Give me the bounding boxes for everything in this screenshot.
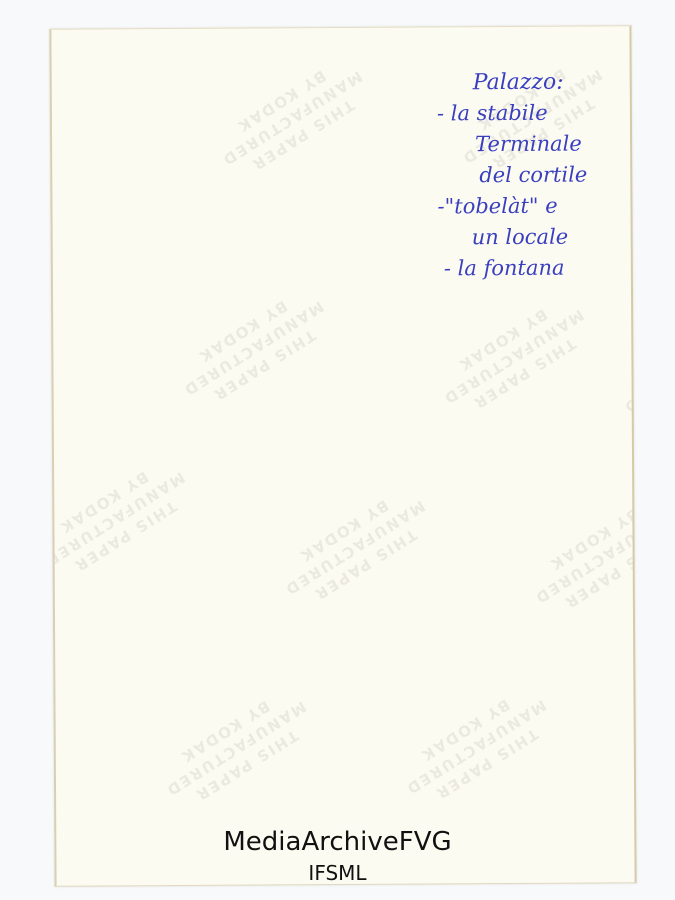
kodak-watermark: THIS PAPERMANUFACTUREDBY KODAK <box>135 670 336 828</box>
watermark-line: MANUFACTURED <box>424 295 604 419</box>
archive-subtitle: IFSML <box>0 860 675 886</box>
note-line: del cortile <box>437 159 627 191</box>
watermark-line: MANUFACTURED <box>202 56 382 180</box>
photo-back-card: THIS PAPERMANUFACTUREDBY KODAKTHIS PAPER… <box>49 25 636 887</box>
kodak-watermark-layer: THIS PAPERMANUFACTUREDBY KODAKTHIS PAPER… <box>51 26 629 30</box>
note-line: Palazzo: <box>437 66 627 98</box>
note-line: - la stabile <box>437 97 627 129</box>
kodak-watermark: THIS PAPERMANUFACTUREDBY KODAK <box>504 478 637 636</box>
watermark-line: MANUFACTURED <box>164 287 344 411</box>
handwritten-note: Palazzo: - la stabile Terminale del cort… <box>437 66 628 284</box>
note-line: -"tobelàt" e <box>437 190 627 222</box>
note-line: un locale <box>438 221 628 253</box>
kodak-watermark: THIS PAPERMANUFACTUREDBY KODAK <box>191 39 392 197</box>
watermark-line: MANUFACTURED <box>386 685 566 809</box>
kodak-watermark: THIS PAPERMANUFACTUREDBY KODAK <box>254 469 455 627</box>
kodak-watermark: THIS PAPERMANUFACTUREDBY KODAK <box>413 278 614 436</box>
archive-title: MediaArchiveFVG <box>0 826 675 858</box>
watermark-line: MANUFACTURED <box>265 486 445 610</box>
kodak-watermark: THIS PAPERMANUFACTUREDBY KODAK <box>153 270 354 428</box>
note-line: Terminale <box>437 128 627 160</box>
note-line: - la fontana <box>438 252 628 284</box>
kodak-watermark: THIS PAPERMANUFACTUREDBY KODAK <box>49 441 215 599</box>
watermark-line: MANUFACTURED <box>146 687 326 811</box>
kodak-watermark: THIS PAPERMANUFACTUREDBY KODAK <box>375 668 576 826</box>
